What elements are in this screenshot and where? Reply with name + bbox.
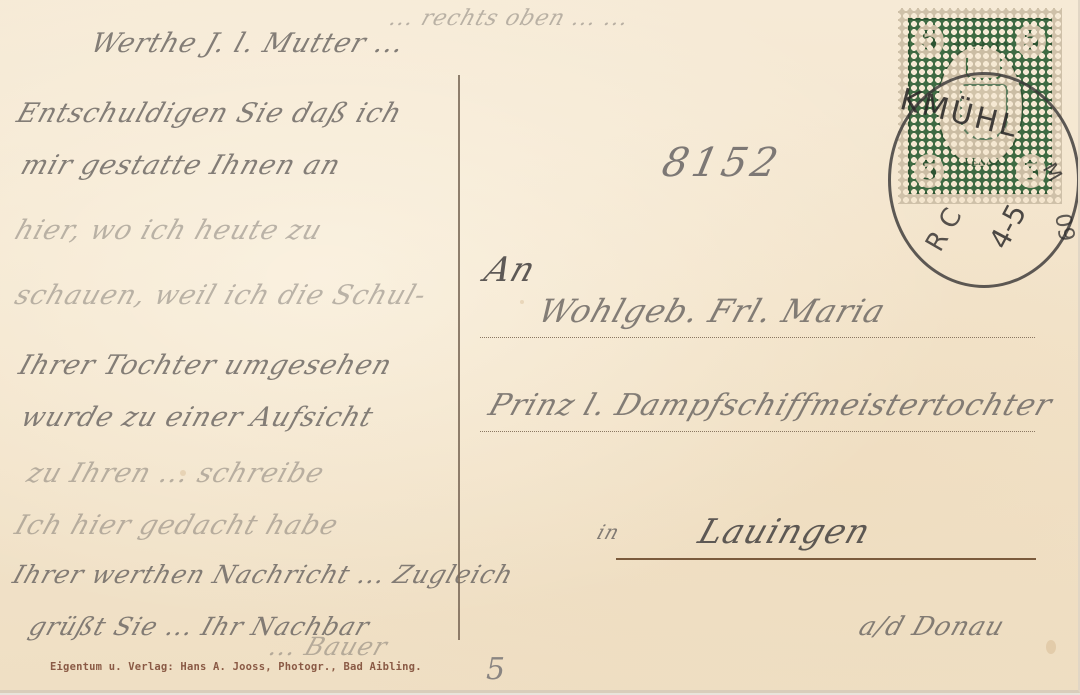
reference-number: 8152 [658,140,786,186]
address-line-1: Wohlgeb. Frl. Maria [534,292,891,330]
postcard-back: Werthe J. l. Mutter ... ... rechts oben … [0,0,1080,693]
paper-stain [1046,640,1056,654]
page-mark: 5 [486,652,505,687]
stamp-denomination: 5 [1016,24,1046,58]
address-preposition: in [594,520,623,544]
stamp-country: BAYERN [950,38,1014,52]
signature: ... Bauer [265,632,391,661]
message-line: mir gestatte Ihnen an [17,150,345,181]
message-line: Entschuldigen Sie daß ich [13,98,406,129]
message-line: Ihrer werthen Nachricht ... Zugleich [9,560,517,589]
postmark-year: 09 [1049,212,1078,244]
message-line: zu Ihren ... schreibe [23,458,329,489]
stamp-denomination: 5 [914,24,944,58]
message-line: Ich hier gedacht habe [11,510,343,541]
address-note: a/d Donau [855,612,1008,642]
address-salutation: An [480,250,541,290]
address-line-3: Lauingen [694,512,876,552]
paper-stain [520,300,524,304]
address-rule-1 [480,337,1035,338]
message-line: hier, wo ich heute zu [11,215,327,246]
message-line: wurde zu einer Aufsicht [17,402,378,433]
address-rule-2 [480,431,1035,432]
message-line: Werthe J. l. Mutter ... [87,28,409,59]
top-margin-text: ... rechts oben ... ... [386,6,633,31]
message-line: schauen, weil ich die Schul- [11,280,431,311]
vertical-divider [458,75,460,640]
publisher-imprint: Eigentum u. Verlag: Hans A. Jooss, Photo… [50,661,422,673]
address-line-2: Prinz l. Dampfschiffmeistertochter [484,388,1057,423]
address-rule-3 [616,558,1036,560]
message-line: Ihrer Tochter umgesehen [15,350,396,381]
